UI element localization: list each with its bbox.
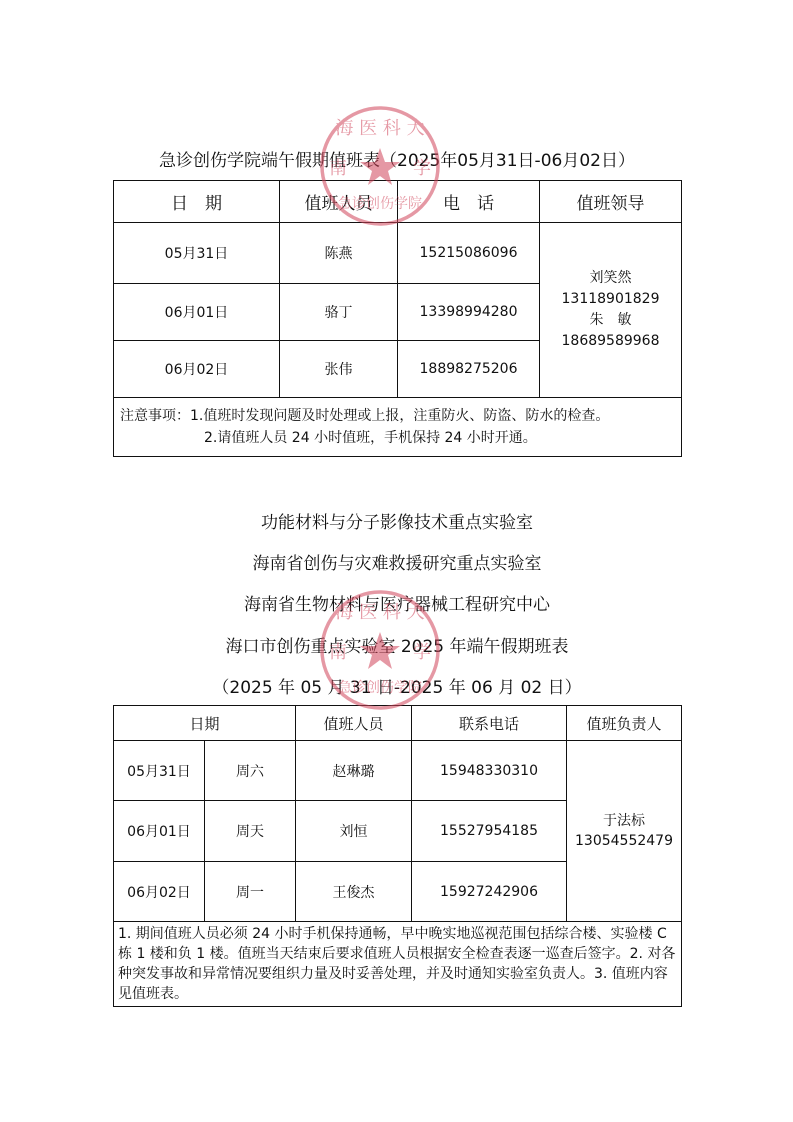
lab-title-2: 海南省创伤与灾难救援研究重点实验室 xyxy=(113,549,681,574)
schedule-title-2: 海口市创伤重点实验室 2025 年端午假期班表 xyxy=(113,632,681,657)
cell-phone: 15215086096 xyxy=(398,223,540,284)
header-phone: 电 话 xyxy=(398,181,540,223)
cell-date: 06月02日 xyxy=(114,341,280,398)
cell-person: 陈燕 xyxy=(280,223,398,284)
note-line-2: 2.请值班人员 24 小时值班，手机保持 24 小时开通。 xyxy=(120,427,675,449)
duty-table-2: 日期 值班人员 联系电话 值班负责人 05月31日 周六 赵琳璐 1594833… xyxy=(113,705,682,1007)
cell-phone: 15948330310 xyxy=(412,741,567,801)
header-date: 日期 xyxy=(114,706,296,741)
table-row: 05月31日 周六 赵琳璐 15948330310 于法标 1305455247… xyxy=(114,741,682,801)
table-row: 05月31日 陈燕 15215086096 刘笑然 13118901829 朱 … xyxy=(114,223,682,284)
cell-date: 06月02日 xyxy=(114,862,205,922)
table-header-row: 日 期 值班人员 电 话 值班领导 xyxy=(114,181,682,223)
leader-phone-2: 18689589968 xyxy=(540,331,681,352)
cell-person: 赵琳璐 xyxy=(296,741,412,801)
cell-date: 05月31日 xyxy=(114,741,205,801)
leader-name: 于法标 xyxy=(567,811,681,831)
leader-name-1: 刘笑然 xyxy=(540,268,681,289)
header-person: 值班人员 xyxy=(280,181,398,223)
svg-text:海 医 科 大: 海 医 科 大 xyxy=(335,118,424,139)
cell-person: 刘恒 xyxy=(296,801,412,862)
header-leader: 值班负责人 xyxy=(567,706,682,741)
notes-row: 1. 期间值班人员必须 24 小时手机保持通畅，早中晚实地巡视范围包括综合楼、实… xyxy=(114,922,682,1007)
table-header-row: 日期 值班人员 联系电话 值班负责人 xyxy=(114,706,682,741)
cell-phone: 18898275206 xyxy=(398,341,540,398)
notes-row: 注意事项：1.值班时发现问题及时处理或上报，注重防火、防盗、防水的检查。 2.请… xyxy=(114,398,682,457)
schedule-title-1: 急诊创伤学院端午假期值班表（2025年05月31日-06月02日） xyxy=(113,146,681,171)
cell-phone: 15527954185 xyxy=(412,801,567,862)
cell-weekday: 周天 xyxy=(205,801,296,862)
cell-person: 张伟 xyxy=(280,341,398,398)
leader-phone-1: 13118901829 xyxy=(540,289,681,310)
cell-date: 06月01日 xyxy=(114,801,205,862)
lab-title-3: 海南省生物材料与医疗器械工程研究中心 xyxy=(113,590,681,615)
note-line-1: 注意事项：1.值班时发现问题及时处理或上报，注重防火、防盗、防水的检查。 xyxy=(120,405,675,427)
cell-weekday: 周一 xyxy=(205,862,296,922)
duty-table-1: 日 期 值班人员 电 话 值班领导 05月31日 陈燕 15215086096 … xyxy=(113,180,682,457)
leader-phone: 13054552479 xyxy=(567,831,681,851)
notes-cell: 1. 期间值班人员必须 24 小时手机保持通畅，早中晚实地巡视范围包括综合楼、实… xyxy=(114,922,682,1007)
cell-phone: 13398994280 xyxy=(398,284,540,341)
cell-leaders: 刘笑然 13118901829 朱 敏 18689589968 xyxy=(540,223,682,398)
cell-phone: 15927242906 xyxy=(412,862,567,922)
cell-weekday: 周六 xyxy=(205,741,296,801)
header-leader: 值班领导 xyxy=(540,181,682,223)
header-phone: 联系电话 xyxy=(412,706,567,741)
lab-title-1: 功能材料与分子影像技术重点实验室 xyxy=(113,508,681,533)
cell-person: 骆丁 xyxy=(280,284,398,341)
cell-date: 06月01日 xyxy=(114,284,280,341)
cell-date: 05月31日 xyxy=(114,223,280,284)
header-date: 日 期 xyxy=(114,181,280,223)
header-person: 值班人员 xyxy=(296,706,412,741)
schedule-date-range: （2025 年 05 月 31 日-2025 年 06 月 02 日） xyxy=(113,673,681,698)
cell-leader: 于法标 13054552479 xyxy=(567,741,682,922)
leader-name-2: 朱 敏 xyxy=(540,310,681,331)
cell-person: 王俊杰 xyxy=(296,862,412,922)
notes-cell: 注意事项：1.值班时发现问题及时处理或上报，注重防火、防盗、防水的检查。 2.请… xyxy=(114,398,682,457)
